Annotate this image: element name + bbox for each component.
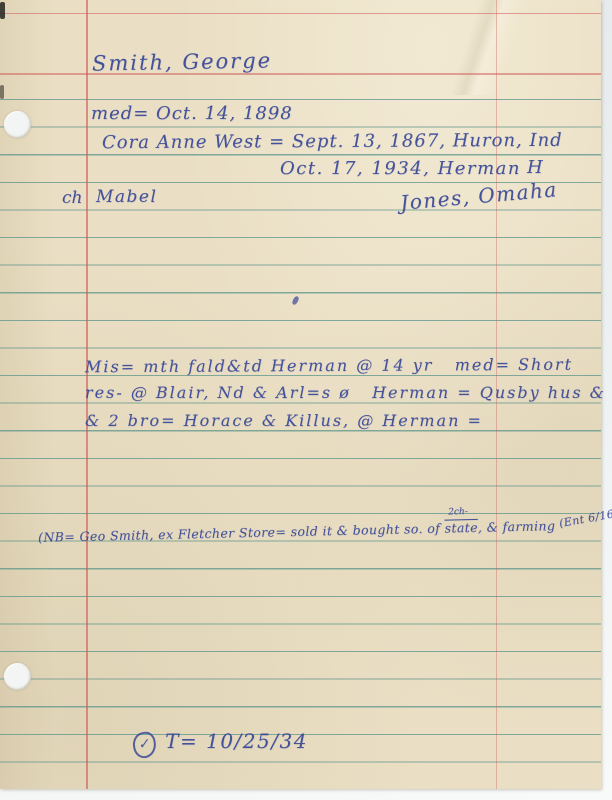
- informant-name: Jones, Omaha: [399, 178, 558, 214]
- footer-check-date: ✓T= 10/25/34: [86, 708, 308, 780]
- note-overlined-word: 2ch-state: [444, 520, 478, 536]
- scanned-document: Smith, George med= Oct. 14, 1898 Cora An…: [0, 0, 612, 800]
- note-date-annotation: (Ent 6/16/14): [559, 504, 612, 530]
- check-circle-glyph: ✓: [131, 730, 158, 760]
- footer-date-text: T= 10/25/34: [165, 729, 308, 753]
- note-overlined-text: state: [444, 520, 478, 536]
- note-text-end: , & farming: [478, 518, 556, 535]
- child-name: Mabel: [96, 188, 157, 207]
- ink-speck: [291, 295, 300, 305]
- notebook-paper: Smith, George med= Oct. 14, 1898 Cora An…: [0, 0, 601, 789]
- marriage-date-entry: med= Oct. 14, 1898: [91, 104, 293, 124]
- biography-line-3: & 2 bro= Horace & Killus, @ Herman =: [85, 412, 483, 430]
- top-red-rule: [0, 13, 601, 14]
- scan-edge-artifact: [0, 85, 4, 99]
- scan-edge-artifact: [0, 2, 5, 19]
- name-heading: Smith, George: [92, 49, 272, 75]
- note-superscript: 2ch-: [448, 508, 468, 518]
- marginal-note: (NB= Geo Smith, ex Fletcher Store= sold …: [38, 517, 612, 545]
- header-red-rule: [0, 73, 601, 75]
- punch-hole-top: [4, 111, 31, 138]
- punch-hole-bottom: [4, 663, 31, 690]
- spouse-death-entry: Oct. 17, 1934, Herman: [280, 159, 521, 179]
- child-abbreviation: ch: [62, 189, 82, 208]
- death-entry-suffix: H: [527, 158, 543, 178]
- note-text-start: (NB= Geo Smith, ex Fletcher Store= sold …: [38, 521, 445, 545]
- paper-crease: [361, 0, 601, 95]
- biography-line-2: res- @ Blair, Nd & Arl=s ø Herman = Qusb…: [85, 384, 612, 402]
- biography-line-1: Mis= mth fald&td Herman @ 14 yr med= Sho…: [85, 356, 573, 376]
- spouse-birth-entry: Cora Anne West = Sept. 13, 1867, Huron, …: [102, 131, 563, 153]
